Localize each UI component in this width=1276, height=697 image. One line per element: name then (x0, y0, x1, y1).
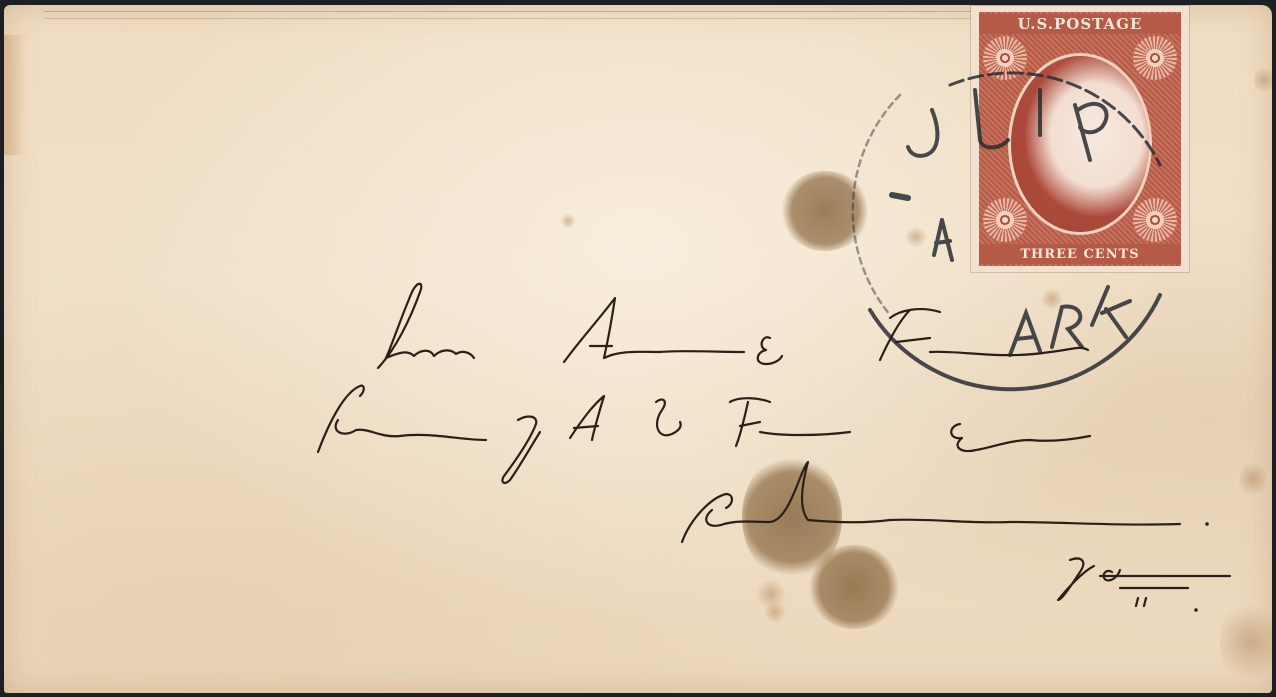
stain (764, 601, 786, 623)
stain (808, 545, 900, 629)
address-line-recipient: Mrs Ann E. Finley (378, 320, 689, 360)
stain (1240, 459, 1266, 499)
stain (1254, 65, 1272, 95)
stamp-top-label: U.S.POSTAGE (979, 14, 1181, 34)
stain (1220, 597, 1272, 687)
address-line-state: Va. (1052, 568, 1105, 608)
postmark-icon (830, 55, 1190, 405)
address-line-care-of: Care of A. C. Finley Esqr. (316, 412, 751, 452)
stain (560, 213, 576, 229)
address-line-city: Clarksville (688, 500, 871, 540)
edge-wear (4, 35, 26, 155)
